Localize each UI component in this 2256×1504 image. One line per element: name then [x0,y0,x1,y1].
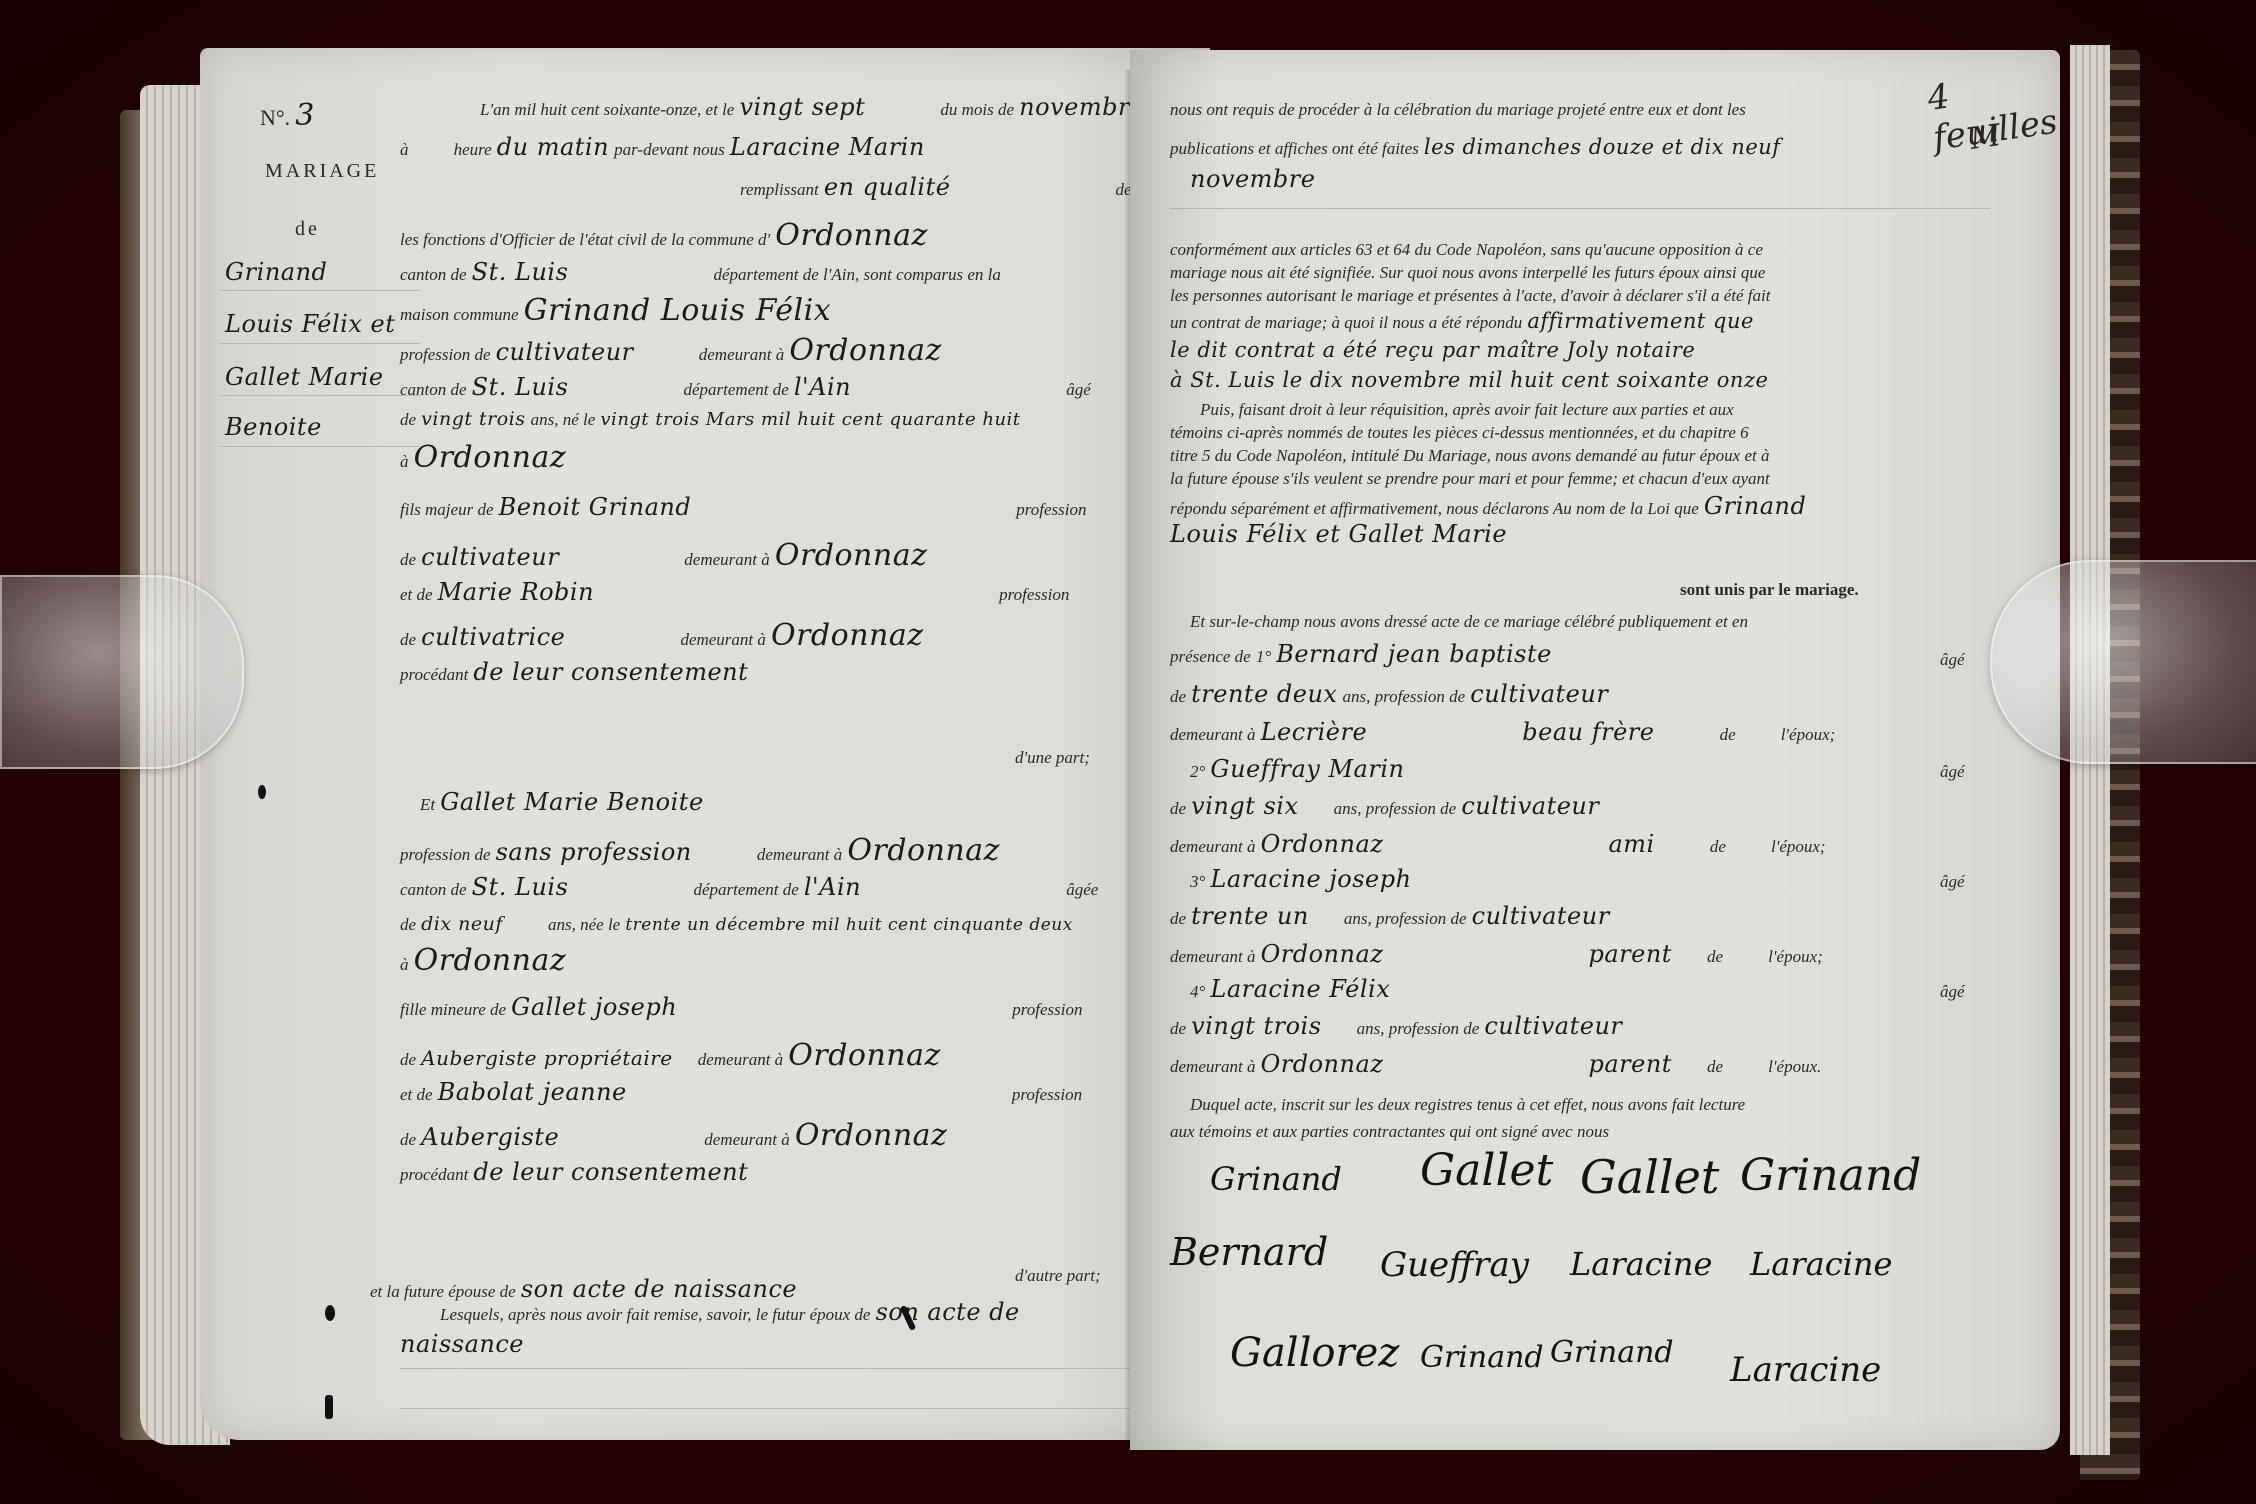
line-future-epouse: et la future épouse de son acte de naiss… [370,1275,797,1303]
signature-grinand-1: Grinand [1210,1160,1342,1198]
signature-gallet-2: Gallet [1580,1150,1719,1204]
r-line-6: un contrat de mariage; à quoi il nous a … [1170,309,1754,333]
r-line-13: répondu séparément et affirmativement, n… [1170,492,1806,520]
witness-3-age: de trente un ans, profession de cultivat… [1170,902,1610,930]
line-groom-birth: de vingt trois ans, né le vingt trois Ma… [400,408,1021,430]
r-line-9: Puis, faisant droit à leur réquisition, … [1200,400,1734,420]
r-line-2: novembre [1190,165,1315,193]
witness-2-name: 2° Gueffray Marin [1190,755,1404,783]
witness-1-age-label: âgé [1940,650,1965,670]
witness-4-residence: demeurant à Ordonnaz parent de l'époux. [1170,1050,1821,1078]
witness-2-residence: demeurant à Ordonnaz ami de l'époux; [1170,830,1826,858]
witness-2-age-label: âgé [1940,762,1965,782]
r-line-14: Louis Félix et Gallet Marie [1170,520,1507,548]
margin-name-3: Gallet Marie [225,363,384,391]
margin-name-4: Benoite [225,413,322,441]
register-book: N°. 3 MARIAGE de Grinand Louis Félix et … [120,30,2140,1480]
line-bride-father: fille mineure de Gallet joseph professio… [400,993,1083,1021]
right-page: 4 feuilles M nous ont requis de procéder… [1130,50,2060,1450]
line-lesquels-cont: naissance [400,1330,524,1358]
witness-4-age: de vingt trois ans, profession de cultiv… [1170,1012,1622,1040]
line-bride-consent: procédant de leur consentement [400,1158,748,1186]
left-page: N°. 3 MARIAGE de Grinand Louis Félix et … [200,48,1210,1440]
r-line-8: à St. Luis le dix novembre mil huit cent… [1170,368,1768,392]
act-number: N°. 3 [260,98,315,133]
witness-1-name: présence de 1° Bernard jean baptiste [1170,640,1552,668]
r-line-7: le dit contrat a été reçu par maître Jol… [1170,338,1695,362]
witness-4-age-label: âgé [1940,982,1965,1002]
witness-4-name: 4° Laracine Félix [1190,975,1390,1003]
r-line-15: sont unis par le mariage. [1680,580,1859,600]
line-groom-consent: procédant de leur consentement [400,658,748,686]
r-line-11: titre 5 du Code Napoléon, intitulé Du Ma… [1170,446,1770,466]
r-line-0: nous ont requis de procéder à la célébra… [1170,100,1746,120]
witness-1-age: de trente deux ans, profession de cultiv… [1170,680,1608,708]
ink-spot [325,1395,333,1419]
act-title: MARIAGE [265,160,379,183]
line-date: L'an mil huit cent soixante-onze, et le … [480,93,1145,121]
number-value: 3 [295,98,315,133]
margin-initials: M [1968,118,2003,157]
line-groom-canton: canton de St. Luis département de l'Ain … [400,373,1091,401]
page-clip-left [0,575,244,769]
line-bride-mother: et de Babolat jeanne profession [400,1078,1082,1106]
line-bride-father-profession: de Aubergiste propriétaire demeurant à O… [400,1038,941,1073]
signature-laracine-1: Laracine [1570,1245,1712,1283]
signature-bernard: Bernard [1170,1230,1328,1274]
ink-spot [325,1305,335,1321]
witness-3-age-label: âgé [1940,872,1965,892]
line-maison: maison commune Grinand Louis Félix [400,293,831,328]
r-line-12: la future épouse s'ils veulent se prendr… [1170,469,1770,489]
line-bride-canton: canton de St. Luis département de l'Ain … [400,873,1098,901]
witness-1-residence: demeurant à Lecrière beau frère de l'épo… [1170,718,1835,746]
line-groom-father: fils majeur de Benoit Grinand profession [400,493,1087,521]
r-line-3: conformément aux articles 63 et 64 du Co… [1170,240,1763,260]
line-groom-profession: profession de cultivateur demeurant à Or… [400,333,942,368]
witness-3-name: 3° Laracine joseph [1190,865,1412,893]
signature-grinand-4: Grinand [1550,1335,1674,1370]
line-groom-birthplace: à Ordonnaz [400,440,566,475]
signature-gueffray: Gueffray [1380,1245,1529,1285]
autre-part: d'autre part; [1015,1266,1101,1286]
signature-laracine-2: Laracine [1750,1245,1892,1283]
line-groom-mother: et de Marie Robin profession [400,578,1069,606]
line-commune: les fonctions d'Officier de l'état civil… [400,218,928,253]
line-canton: canton de St. Luis département de l'Ain,… [400,258,1001,286]
signature-gallet-1: Gallet [1420,1145,1553,1196]
signature-grinand-3: Grinand [1420,1340,1544,1375]
line-bride-mother-profession: de Aubergiste demeurant à Ordonnaz [400,1118,947,1153]
witness-3-residence: demeurant à Ordonnaz parent de l'époux; [1170,940,1823,968]
une-part: d'une part; [1015,748,1090,768]
line-father-profession: de cultivateur demeurant à Ordonnaz [400,538,927,573]
r-line-1: publications et affiches ont été faites … [1170,135,1781,159]
line-bride-birth: de dix neuf ans, née le trente un décemb… [400,913,1073,935]
line-mother-profession: de cultivatrice demeurant à Ordonnaz [400,618,924,653]
margin-name-1: Grinand [225,258,327,286]
line-bride-profession: profession de sans profession demeurant … [400,833,1000,868]
page-clip-right [1990,560,2256,764]
number-label: N°. [260,105,290,130]
r-line-4: mariage nous ait été signifiée. Sur quoi… [1170,263,1765,283]
ink-spot [258,785,266,799]
witness-2-age: de vingt six ans, profession de cultivat… [1170,792,1599,820]
closing-line-1: Duquel acte, inscrit sur les deux regist… [1190,1095,1745,1115]
act-title-de: de [295,218,320,241]
r-line-16: Et sur-le-champ nous avons dressé acte d… [1190,612,1748,632]
line-quality: remplissant en qualité de Maire [740,173,1177,201]
r-line-10: témoins ci-après nommés de toutes les pi… [1170,423,1749,443]
r-line-5: les personnes autorisant le mariage et p… [1170,286,1770,306]
signature-grinand-2: Grinand [1740,1150,1921,1201]
line-bride-name: Et Gallet Marie Benoite [420,788,704,816]
line-bride-birthplace: à Ordonnaz [400,943,566,978]
margin-name-2: Louis Félix et [225,310,395,338]
line-hour: à heure du matin par-devant nous Laracin… [400,133,925,161]
signature-gallorez: Gallorez [1230,1330,1399,1376]
closing-line-2: aux témoins et aux parties contractantes… [1170,1122,1609,1142]
signature-laracine-3: Laracine [1730,1350,1881,1390]
